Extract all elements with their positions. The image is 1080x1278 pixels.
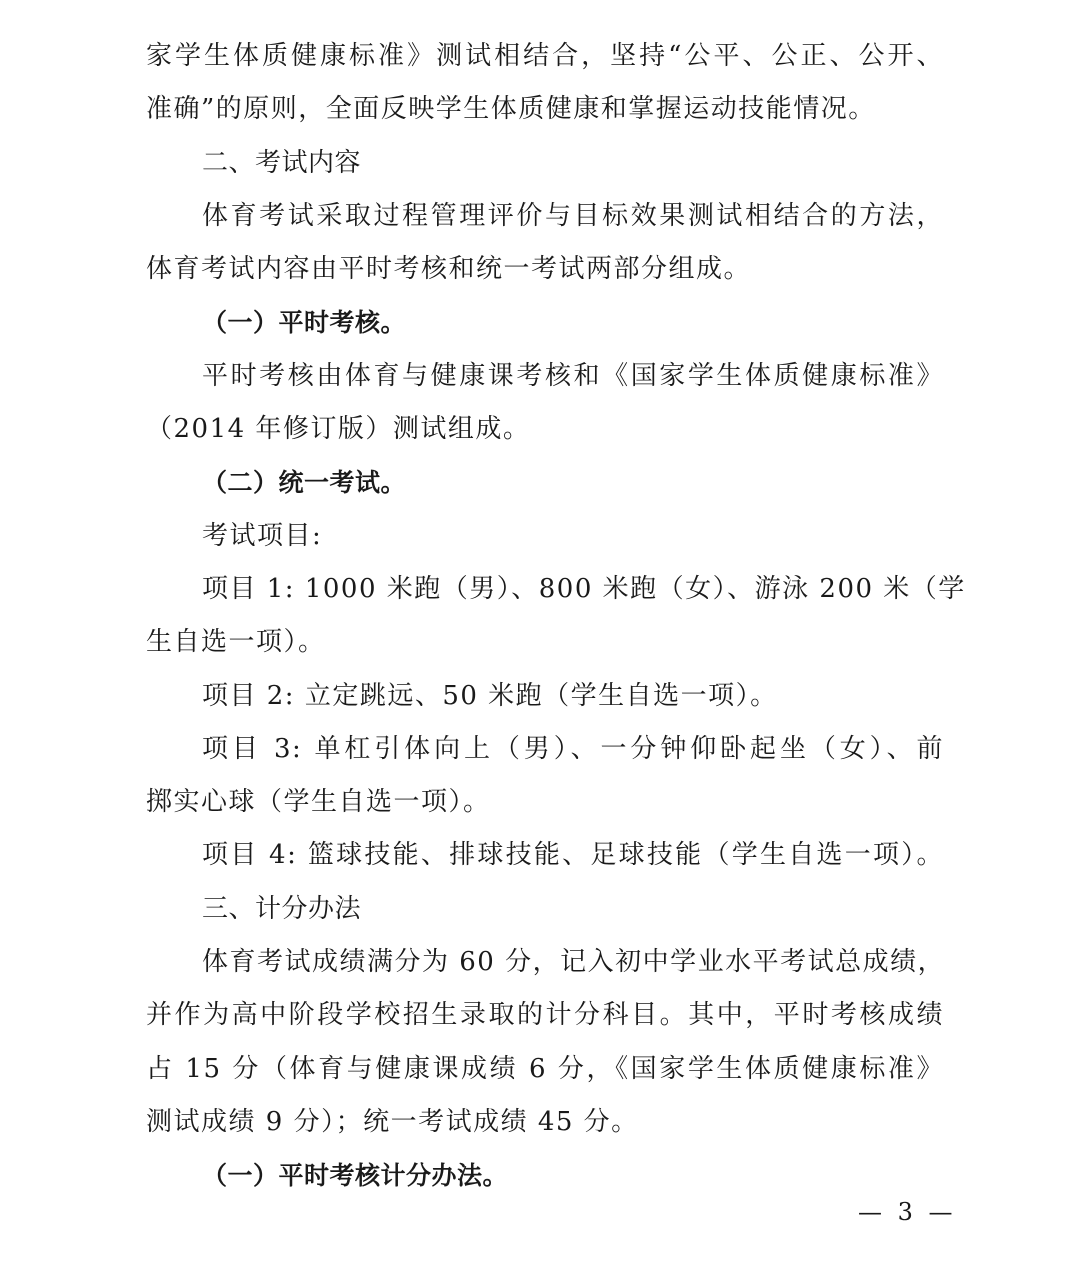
subheading-regular-assessment: （一）平时考核。 — [146, 296, 944, 349]
exam-item-2: 项目 2: 立定跳远、50 米跑（学生自选一项）。 — [146, 670, 944, 723]
scoring-line-4: 测试成绩 9 分）；统一考试成绩 45 分。 — [146, 1096, 944, 1149]
scoring-line-1: 体育考试成绩满分为 60 分，记入初中学业水平考试总成绩， — [146, 936, 944, 989]
exam-item-1-line-2: 生自选一项）。 — [146, 616, 944, 669]
page-number: — 3 — — [858, 1198, 957, 1226]
exam-item-4: 项目 4: 篮球技能、排球技能、足球技能（学生自选一项）。 — [146, 829, 944, 882]
exam-item-3-line-2: 掷实心球（学生自选一项）。 — [146, 776, 944, 829]
section-heading-exam-content: 二、考试内容 — [146, 137, 944, 190]
paragraph-line-4: 体育考试采取过程管理评价与目标效果测试相结合的方法， — [146, 190, 944, 243]
exam-item-3-line-1: 项目 3: 单杠引体向上（男）、一分钟仰卧起坐（女）、前 — [146, 723, 944, 776]
section-heading-scoring: 三、计分办法 — [146, 883, 944, 936]
exam-item-1-line-1: 项目 1: 1000 米跑（男）、800 米跑（女）、游泳 200 米（学 — [146, 563, 944, 616]
subheading-regular-scoring: （一）平时考核计分办法。 — [146, 1149, 944, 1202]
subheading-unified-exam: （二）统一考试。 — [146, 456, 944, 509]
paragraph-line-2: 准确”的原则，全面反映学生体质健康和掌握运动技能情况。 — [146, 83, 944, 136]
scoring-line-3: 占 15 分（体育与健康课成绩 6 分，《国家学生体质健康标准》 — [146, 1043, 944, 1096]
paragraph-line-7: 平时考核由体育与健康课考核和《国家学生体质健康标准》 — [146, 350, 944, 403]
exam-items-label: 考试项目: — [146, 510, 944, 563]
document-page: 家学生体质健康标准》测试相结合，坚持“公平、公正、公开、 准确”的原则，全面反映… — [146, 30, 944, 1203]
scoring-line-2: 并作为高中阶段学校招生录取的计分科目。其中，平时考核成绩 — [146, 989, 944, 1042]
paragraph-line-1: 家学生体质健康标准》测试相结合，坚持“公平、公正、公开、 — [146, 30, 944, 83]
paragraph-line-8: （2014 年修订版）测试组成。 — [146, 403, 944, 456]
paragraph-line-5: 体育考试内容由平时考核和统一考试两部分组成。 — [146, 243, 944, 296]
